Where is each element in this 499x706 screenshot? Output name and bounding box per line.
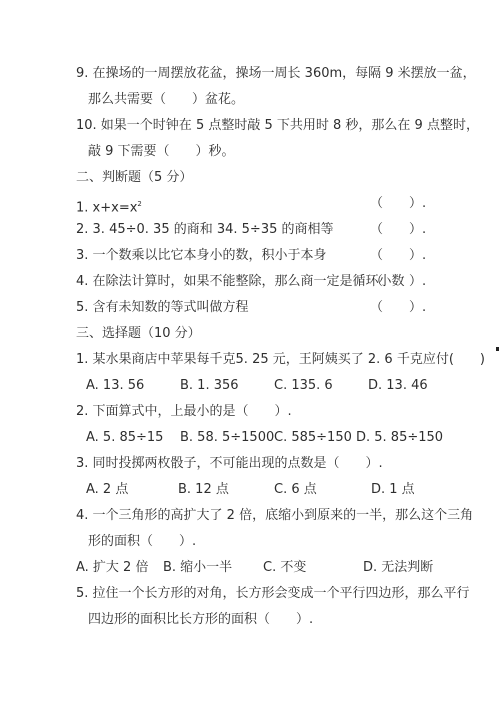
choice-q1-option-d: D. 13. 46 xyxy=(368,378,428,394)
choice-q3: 3. 同时投掷两枚骰子，不可能出现的点数是（ ）. xyxy=(76,456,383,472)
choice-q4-option-c: C. 不变 xyxy=(263,560,306,576)
choice-q4-line1: 4. 一个三角形的高扩大了 2 倍，底缩小到原来的一半，那么这个三角 xyxy=(76,508,473,524)
judge-blank-5: （ ）. xyxy=(370,300,426,316)
q9-line1: 9. 在操场的一周摆放花盆，操场一周长 360m，每隔 9 米摆放一盆， xyxy=(76,66,476,82)
choice-q3-option-c: C. 6 点 xyxy=(274,482,317,498)
judge-blank-2: （ ）. xyxy=(370,222,426,238)
choice-q3-option-d: D. 1 点 xyxy=(371,482,415,498)
q10-line2: 敲 9 下需要（ ）秒。 xyxy=(88,144,235,160)
judge-item-1: 1. x+x=x2 xyxy=(76,196,142,216)
choice-q5-line1: 5. 拉住一个长方形的对角，长方形会变成一个平行四边形，那么平行 xyxy=(76,586,470,602)
choice-q2-option-c: C. 585÷150 xyxy=(274,430,352,446)
choice-q4-option-b: B. 缩小一半 xyxy=(163,560,232,576)
judge-section-title: 二、判断题（5 分） xyxy=(76,170,192,186)
choice-q2-option-d: D. 5. 85÷150 xyxy=(356,430,443,446)
choice-q5-line2: 四边形的面积比长方形的面积（ ）. xyxy=(88,612,313,628)
choice-q3-option-a: A. 2 点 xyxy=(86,482,128,498)
choice-q4-option-a: A. 扩大 2 倍 xyxy=(76,560,148,576)
choice-q4-option-d: D. 无法判断 xyxy=(363,560,433,576)
judge-blank-4: （ ）. xyxy=(370,274,426,290)
choice-q1: 1. 某水果商店中苹果每千克5. 25 元，王阿姨买了 2. 6 千克应付( ) xyxy=(76,352,485,368)
choice-q3-option-b: B. 12 点 xyxy=(178,482,229,498)
choice-q2-option-a: A. 5. 85÷15 xyxy=(86,430,163,446)
choice-q4-line2: 形的面积（ ）. xyxy=(88,534,196,550)
choice-q2-option-b: B. 58. 5÷1500 xyxy=(180,430,274,446)
q10-line1: 10. 如果一个时钟在 5 点整时敲 5 下共用时 8 秒，那么在 9 点整时， xyxy=(76,118,479,134)
choice-q1-option-c: C. 135. 6 xyxy=(274,378,333,394)
choice-section-title: 三、选择题（10 分） xyxy=(76,326,201,342)
judge-item-2: 2. 3. 45÷0. 35 的商和 34. 5÷35 的商相等 xyxy=(76,222,334,238)
judge-item-5: 5. 含有未知数的等式叫做方程 xyxy=(76,300,249,316)
choice-q2: 2. 下面算式中，上最小的是（ ）. xyxy=(76,404,292,420)
choice-q1-option-a: A. 13. 56 xyxy=(86,378,144,394)
choice-q1-option-b: B. 1. 356 xyxy=(180,378,239,394)
judge-item-4: 4. 在除法计算时，如果不能整除，那么商一定是循环小数 xyxy=(76,274,405,290)
q9-line2: 那么共需要（ ）盆花。 xyxy=(88,92,244,108)
judge-blank-3: （ ）. xyxy=(370,248,426,264)
judge-item-3: 3. 一个数乘以比它本身小的数，积小于本身 xyxy=(76,248,327,264)
judge-blank-1: （ ）. xyxy=(370,196,426,212)
